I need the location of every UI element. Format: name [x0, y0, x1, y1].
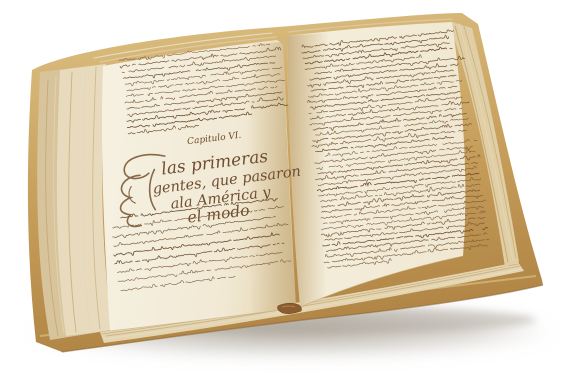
manuscript-book-photo: Capitulo VI. las primeras gentes, que pa… — [0, 0, 570, 385]
photo-canvas: Capitulo VI. las primeras gentes, que pa… — [0, 0, 570, 385]
headband-knot — [278, 303, 302, 313]
left-page-edge-stack — [37, 64, 112, 340]
